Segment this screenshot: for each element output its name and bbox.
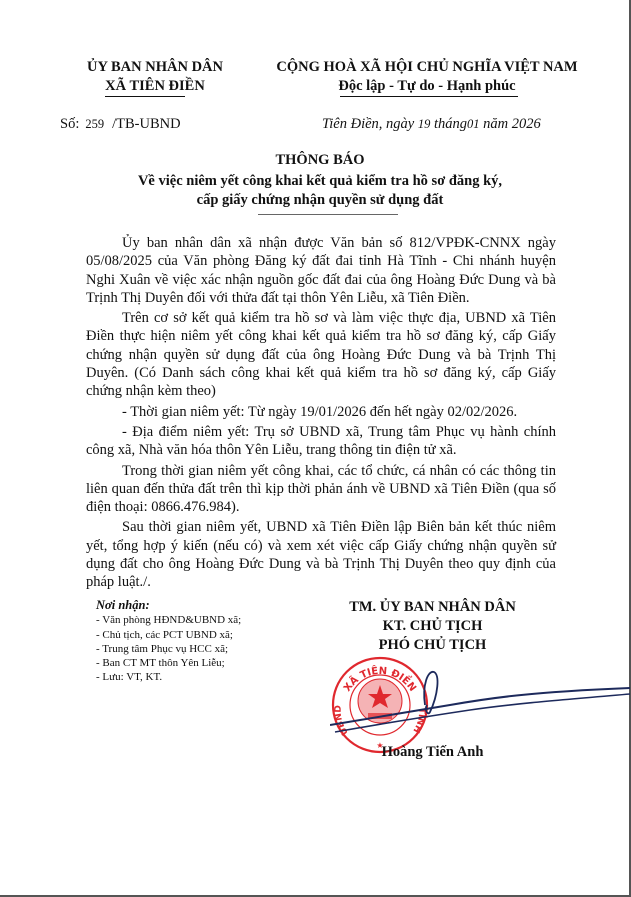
national-motto: Độc lập - Tự do - Hạnh phúc — [262, 77, 592, 96]
recipients-block: Nơi nhận: - Văn phòng HĐND&UBND xã; - Ch… — [96, 598, 316, 685]
recipient-item: - Chủ tịch, các PCT UBND xã; — [96, 628, 316, 642]
issuer-underline — [105, 96, 185, 97]
motto-underline — [340, 96, 518, 97]
document-number: Số:259/TB-UBND — [60, 116, 181, 133]
issuer-line1: ỦY BAN NHÂN DÂN — [60, 58, 250, 77]
sign-authority: TM. ỦY BAN NHÂN DÂN — [335, 598, 530, 617]
recipient-item: - Lưu: VT, KT. — [96, 670, 316, 684]
body-paragraph: Sau thời gian niêm yết, UBND xã Tiên Điề… — [86, 518, 556, 591]
signature-block: TM. ỦY BAN NHÂN DÂN KT. CHỦ TỊCH PHÓ CHỦ… — [335, 598, 530, 655]
document-page: ỦY BAN NHÂN DÂN XÃ TIÊN ĐIỀN CỘNG HOÀ XÃ… — [0, 0, 631, 897]
document-body: Ủy ban nhân dân xã nhận được Văn bản số … — [86, 234, 556, 594]
body-paragraph: Trên cơ sở kết quả kiểm tra hồ sơ và làm… — [86, 309, 556, 400]
national-title: CỘNG HOÀ XÃ HỘI CHỦ NGHĨA VIỆT NAM — [262, 58, 592, 77]
date-month: 01 — [467, 117, 480, 131]
recipient-item: - Văn phòng HĐND&UBND xã; — [96, 613, 316, 627]
date-year: năm 2026 — [483, 116, 541, 132]
sign-role: KT. CHỦ TỊCH — [335, 617, 530, 636]
signer-name: Hoàng Tiến Anh — [335, 744, 530, 761]
date-month-label: tháng — [434, 116, 467, 132]
date-day: 19 — [418, 117, 431, 131]
document-title: THÔNG BÁO — [60, 152, 580, 169]
doc-number-value: 259 — [85, 117, 104, 131]
body-paragraph: Trong thời gian niêm yết công khai, các … — [86, 462, 556, 517]
issuer-header: ỦY BAN NHÂN DÂN XÃ TIÊN ĐIỀN — [60, 58, 250, 96]
issue-date: Tiên Điền, ngày 19 tháng01 năm 2026 — [322, 116, 541, 133]
national-header: CỘNG HOÀ XÃ HỘI CHỦ NGHĨA VIỆT NAM Độc l… — [262, 58, 592, 96]
issuer-line2: XÃ TIÊN ĐIỀN — [60, 77, 250, 96]
document-subtitle: Về việc niêm yết công khai kết quả kiểm … — [60, 172, 580, 210]
body-paragraph: Ủy ban nhân dân xã nhận được Văn bản số … — [86, 234, 556, 307]
doc-number-suffix: /TB-UBND — [112, 116, 180, 132]
date-place: Tiên Điền, ngày — [322, 116, 414, 132]
body-paragraph: - Thời gian niêm yết: Từ ngày 19/01/2026… — [86, 403, 556, 421]
recipients-heading: Nơi nhận: — [96, 598, 316, 612]
subtitle-underline — [258, 214, 398, 215]
subtitle-line2: cấp giấy chứng nhận quyền sử dụng đất — [60, 191, 580, 210]
recipient-item: - Trung tâm Phục vụ HCC xã; — [96, 642, 316, 656]
body-paragraph: - Địa điểm niêm yết: Trụ sở UBND xã, Tru… — [86, 423, 556, 460]
doc-number-prefix: Số: — [60, 116, 79, 132]
recipient-item: - Ban CT MT thôn Yên Liễu; — [96, 656, 316, 670]
subtitle-line1: Về việc niêm yết công khai kết quả kiểm … — [60, 172, 580, 191]
handwritten-signature-icon — [330, 650, 630, 750]
